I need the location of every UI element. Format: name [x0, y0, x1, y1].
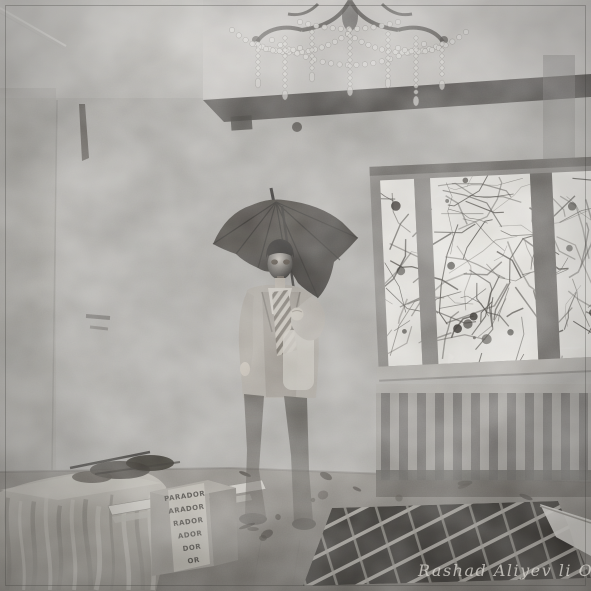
vignette — [0, 0, 591, 591]
photo-artwork: PARADOR ARADOR RADOR ADOR DOR OR — [0, 0, 591, 591]
watermark: Rashad Aliyev li O — [417, 561, 591, 580]
scene-canvas: PARADOR ARADOR RADOR ADOR DOR OR — [0, 0, 591, 591]
